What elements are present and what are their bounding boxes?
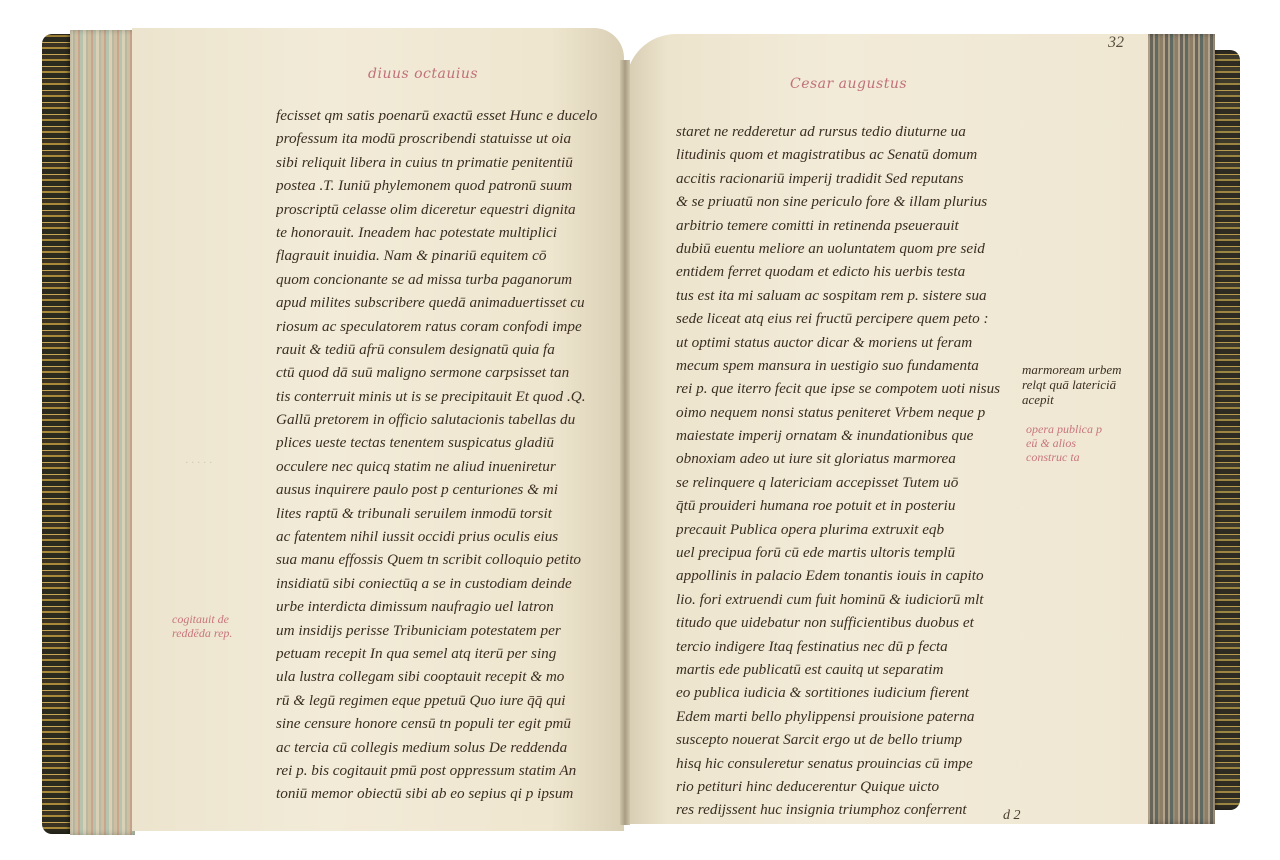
right-margin-note: marmoream urbem relqt quā latericiā acep…: [1022, 362, 1122, 407]
text-line: hisq hic consuleretur senatus prouincias…: [676, 752, 1021, 775]
text-line: staret ne redderetur ad rursus tedio diu…: [676, 120, 1021, 143]
text-line: arbitrio temere comitti in retinenda pse…: [676, 214, 1021, 237]
right-text-block: staret ne redderetur ad rursus tedio diu…: [676, 120, 1021, 822]
text-line: litudinis quom et magistratibus ac Senat…: [676, 143, 1021, 166]
text-line: rei p. bis cogitauit pmū post oppressum …: [276, 759, 616, 782]
text-line: ausus inquirere paulo post p centuriones…: [276, 478, 616, 501]
text-line: rio petituri hinc deducerentur Quique ui…: [676, 775, 1021, 798]
text-line: entidem ferret quodam et edicto his uerb…: [676, 260, 1021, 283]
folio-number: 32: [1108, 34, 1124, 52]
text-line: proscriptū celasse olim diceretur equest…: [276, 198, 616, 221]
text-line: precauit Publica opera plurima extruxit …: [676, 518, 1021, 541]
text-line: tis conterruit minis ut is se precipitau…: [276, 385, 616, 408]
left-margin-rubric-note: cogitauit de reddēda rep.: [172, 612, 262, 640]
text-line: mecum spem mansura in uestigio suo funda…: [676, 354, 1021, 377]
text-line: dubiū euentu meliore an uoluntatem quom …: [676, 237, 1021, 260]
bleed-through-note: · · · · ·: [185, 455, 212, 470]
text-line: fecisset qm satis poenarū exactū esset H…: [276, 104, 616, 127]
text-line: res redijssent huc insignia triumphoz co…: [676, 798, 1021, 821]
text-line: um insidijs perisse Tribuniciam potestat…: [276, 619, 616, 642]
text-line: toniū memor obiectū sibi ab eo sepius qi…: [276, 782, 616, 805]
text-line: Gallū pretorem in officio salutacionis t…: [276, 408, 616, 431]
right-page-edges: [1145, 34, 1215, 824]
text-line: ctū quod dā suū maligno sermone carpsiss…: [276, 361, 616, 384]
left-page-edges: [70, 30, 135, 835]
open-manuscript-book: · · · · · diuus octauius Cesar augustus …: [0, 0, 1280, 860]
text-line: ut optimi status auctor dicar & moriens …: [676, 331, 1021, 354]
text-line: sibi reliquit libera in cuius tn primati…: [276, 151, 616, 174]
right-margin-rubric-note: opera publica p eū & alios construc ta: [1026, 422, 1116, 464]
text-line: lites raptū & tribunali seruilem inmodū …: [276, 502, 616, 525]
text-line: martis ede publicatū est cauitq ut separ…: [676, 658, 1021, 681]
book-gutter: [620, 60, 630, 825]
text-line: urbe interdicta dimissum naufragio uel l…: [276, 595, 616, 618]
text-line: Edem marti bello phylippensi prouisione …: [676, 705, 1021, 728]
text-line: ac fatentem nihil iussit occidi prius oc…: [276, 525, 616, 548]
text-line: suscepto nouerat Sarcit ergo ut de bello…: [676, 728, 1021, 751]
text-line: plices ueste tectas tenentem suspicatus …: [276, 431, 616, 454]
text-line: flagrauit inuidia. Nam & pinariū equitem…: [276, 244, 616, 267]
text-line: maiestate imperij ornatam & inundationib…: [676, 424, 1021, 447]
text-line: q̄tū prouideri humana roe potuit et in p…: [676, 494, 1021, 517]
text-line: accitis racionariū imperij tradidit Sed …: [676, 167, 1021, 190]
left-text-block: fecisset qm satis poenarū exactū esset H…: [276, 104, 616, 806]
text-line: & se priuatū non sine periculo fore & il…: [676, 190, 1021, 213]
text-line: apud milites subscribere quedā animaduer…: [276, 291, 616, 314]
text-line: rei p. que iterro fecit que ipse se comp…: [676, 377, 1021, 400]
text-line: professum ita modū proscribendi statuiss…: [276, 127, 616, 150]
text-line: te honorauit. Ineadem hac potestate mult…: [276, 221, 616, 244]
left-running-head: diuus octauius: [368, 66, 478, 82]
text-line: rū & legū regimen eque ppetuū Quo iure q…: [276, 689, 616, 712]
text-line: tercio indigere Itaq festinatius nec dū …: [676, 635, 1021, 658]
text-line: uel precipua forū cū ede martis ultoris …: [676, 541, 1021, 564]
text-line: obnoxiam adeo ut iure sit gloriatus marm…: [676, 447, 1021, 470]
text-line: eo publica iudicia & sortitiones iudiciu…: [676, 681, 1021, 704]
text-line: insidiatū sibi coniectūq a se in custodi…: [276, 572, 616, 595]
text-line: rauit & tediū afrū consulem designatū qu…: [276, 338, 616, 361]
text-line: tus est ita mi saluam ac sospitam rem p.…: [676, 284, 1021, 307]
text-line: quom concionante se ad missa turba pagan…: [276, 268, 616, 291]
text-line: se relinquere q latericiam accepisset Tu…: [676, 471, 1021, 494]
text-line: appollinis in palacio Edem tonantis ioui…: [676, 564, 1021, 587]
text-line: sine censure honore censū tn populi ter …: [276, 712, 616, 735]
right-running-head: Cesar augustus: [790, 76, 907, 92]
text-line: ula lustra collegam sibi cooptauit recep…: [276, 665, 616, 688]
text-line: occulere nec quicq statim ne aliud inuen…: [276, 455, 616, 478]
text-line: oimo nequem nonsi status peniteret Vrbem…: [676, 401, 1021, 424]
text-line: titudo que uidebatur non sufficientibus …: [676, 611, 1021, 634]
text-line: lio. fori extruendi cum fuit hominū & iu…: [676, 588, 1021, 611]
right-gilt-cover-edge: [1212, 50, 1240, 810]
left-gilt-cover-edge: [42, 34, 72, 834]
text-line: postea .T. Iuniū phylemonem quod patronū…: [276, 174, 616, 197]
text-line: petuam recepit In qua semel atq iterū pe…: [276, 642, 616, 665]
text-line: sua manu effossis Quem tn scribit colloq…: [276, 548, 616, 571]
text-line: ac tercia cū collegis medium solus De re…: [276, 736, 616, 759]
text-line: sede liceat atq eius rei fructū perciper…: [676, 307, 1021, 330]
text-line: riosum ac speculatorem ratus coram confo…: [276, 315, 616, 338]
